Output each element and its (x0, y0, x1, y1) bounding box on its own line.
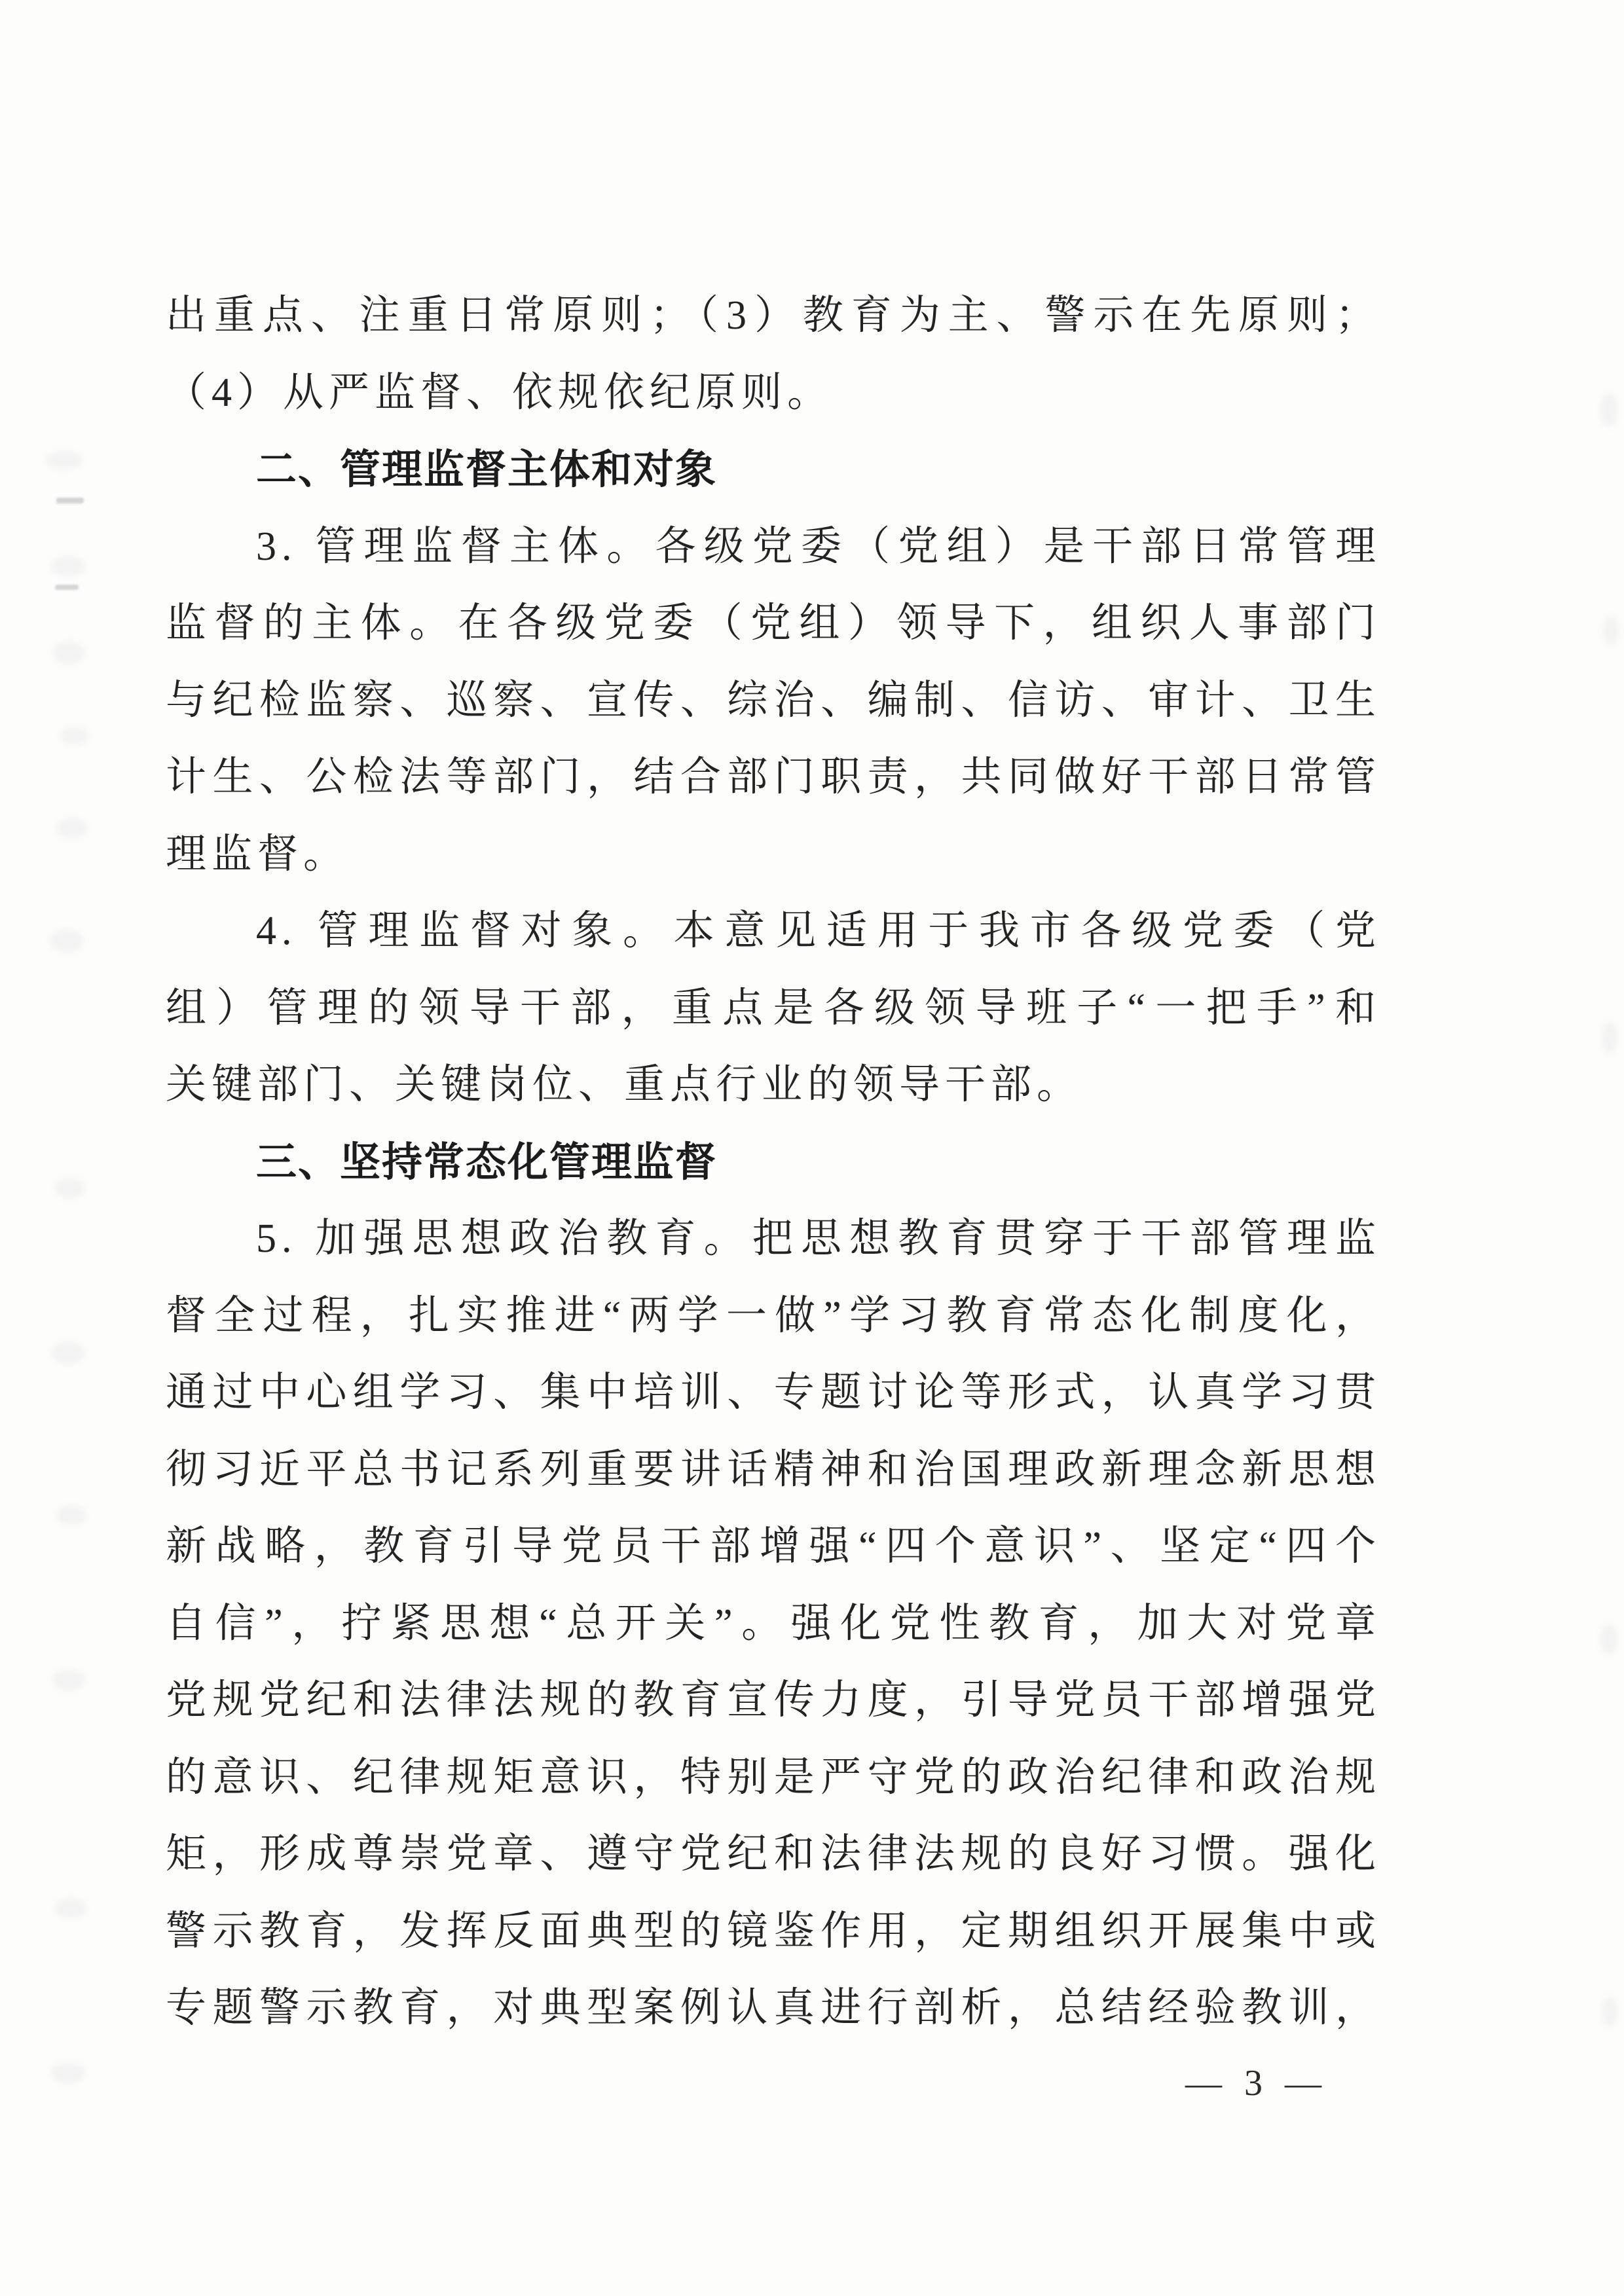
scan-artifact (51, 2062, 85, 2083)
scan-artifact (1602, 1997, 1617, 2027)
section-heading: 二、管理监督主体和对象 (166, 431, 1381, 509)
text-line: 出重点、注重日常原则；（3）教育为主、警示在先原则； (166, 278, 1381, 355)
scan-artifact (51, 556, 85, 576)
section-heading: 三、坚持常态化管理监督 (166, 1124, 1381, 1201)
text-line: 督全过程，扎实推进“两学一做”学习教育常态化制度化， (166, 1278, 1381, 1355)
scan-artifact (50, 930, 84, 952)
document-body: 出重点、注重日常原则；（3）教育为主、警示在先原则；（4）从严监督、依规依纪原则… (166, 278, 1381, 2047)
scan-artifact (1602, 1021, 1617, 1054)
scan-artifact (1600, 393, 1617, 427)
text-line: 关键部门、关键岗位、重点行业的领导干部。 (166, 1047, 1381, 1124)
scan-artifact (1603, 615, 1619, 646)
text-line: 监督的主体。在各级党委（党组）领导下，组织人事部门 (166, 585, 1381, 663)
text-line: 计生、公检法等部门，结合部门职责，共同做好干部日常管 (166, 739, 1381, 816)
scan-artifact (52, 642, 85, 664)
scan-artifact (55, 585, 79, 590)
text-line: 党规党纪和法律法规的教育宣传力度，引导党员干部增强党 (166, 1662, 1381, 1740)
text-line: 与纪检监察、巡察、宣传、综治、编制、信访、审计、卫生 (166, 663, 1381, 740)
text-line: 组）管理的领导干部，重点是各级领导班子“一把手”和 (166, 970, 1381, 1048)
scan-artifact (52, 1669, 85, 1690)
text-line: 专题警示教育，对典型案例认真进行剖析，总结经验教训， (166, 1970, 1381, 2047)
scan-artifact (56, 818, 88, 838)
scan-artifact (60, 727, 89, 745)
text-line: （4）从严监督、依规依纪原则。 (166, 355, 1381, 432)
scan-artifact (56, 498, 84, 503)
text-line: 通过中心组学习、集中培训、专题讨论等形式，认真学习贯 (166, 1355, 1381, 1432)
scan-artifact (46, 452, 83, 469)
scan-artifact (56, 1506, 86, 1525)
text-line: 矩，形成尊崇党章、遵守党纪和法律法规的良好习惯。强化 (166, 1816, 1381, 1893)
text-line: 自信”，拧紧思想“总开关”。强化党性教育，加大对党章 (166, 1586, 1381, 1663)
scan-artifact (51, 1342, 85, 1364)
document-page: 出重点、注重日常原则；（3）教育为主、警示在先原则；（4）从严监督、依规依纪原则… (0, 0, 1624, 2296)
scan-artifact (55, 1899, 86, 1918)
text-line: 3. 管理监督主体。各级党委（党组）是干部日常管理 (166, 509, 1381, 586)
text-line: 彻习近平总书记系列重要讲话精神和治国理政新理念新思想 (166, 1432, 1381, 1509)
page-number: — 3 — (1185, 2062, 1328, 2104)
text-line: 理监督。 (166, 816, 1381, 894)
text-line: 新战略，教育引导党员干部增强“四个意识”、坚定“四个 (166, 1508, 1381, 1586)
text-line: 的意识、纪律规矩意识，特别是严守党的政治纪律和政治规 (166, 1740, 1381, 1817)
scan-artifact (55, 1178, 85, 1198)
text-line: 4. 管理监督对象。本意见适用于我市各级党委（党 (166, 893, 1381, 970)
text-line: 警示教育，发挥反面典型的镜鉴作用，定期组织开展集中或 (166, 1893, 1381, 1971)
scan-artifact (1600, 1624, 1617, 1655)
text-line: 5. 加强思想政治教育。把思想教育贯穿于干部管理监 (166, 1201, 1381, 1278)
